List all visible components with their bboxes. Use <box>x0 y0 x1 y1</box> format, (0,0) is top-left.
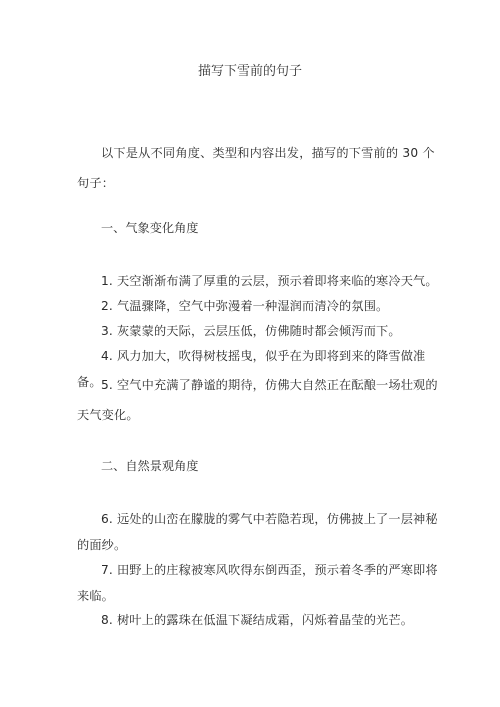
section-heading-weather: 一、气象变化角度 <box>101 219 199 237</box>
intro-paragraph: 以下是从不同角度、类型和内容出发，描写的下雪前的 30 个句子： <box>77 138 447 198</box>
list-item: 8. 树叶上的露珠在低温下凝结成霜，闪烁着晶莹的光芒。 <box>77 608 449 634</box>
document-title: 描写下雪前的句子 <box>0 63 500 81</box>
list-item: 1. 天空渐渐布满了厚重的云层，预示着即将来临的寒冷天气。 <box>77 269 449 295</box>
list-item: 7. 田野上的庄稼被寒风吹得东倒西歪，预示着冬季的严寒即将来临。 <box>77 558 449 609</box>
list-item: 6. 远处的山峦在朦胧的雾气中若隐若现，仿佛披上了一层神秘的面纱。 <box>77 507 449 558</box>
document-page: 描写下雪前的句子 以下是从不同角度、类型和内容出发，描写的下雪前的 30 个句子… <box>0 0 500 707</box>
list-item: 3. 灰蒙蒙的天际，云层压低，仿佛随时都会倾泻而下。 <box>77 319 449 345</box>
list-item: 2. 气温骤降，空气中弥漫着一种湿润而清冷的氛围。 <box>77 294 449 320</box>
list-item: 5. 空气中充满了静谧的期待，仿佛大自然正在酝酿一场壮观的天气变化。 <box>77 370 449 430</box>
section-heading-landscape: 二、自然景观角度 <box>101 457 199 475</box>
